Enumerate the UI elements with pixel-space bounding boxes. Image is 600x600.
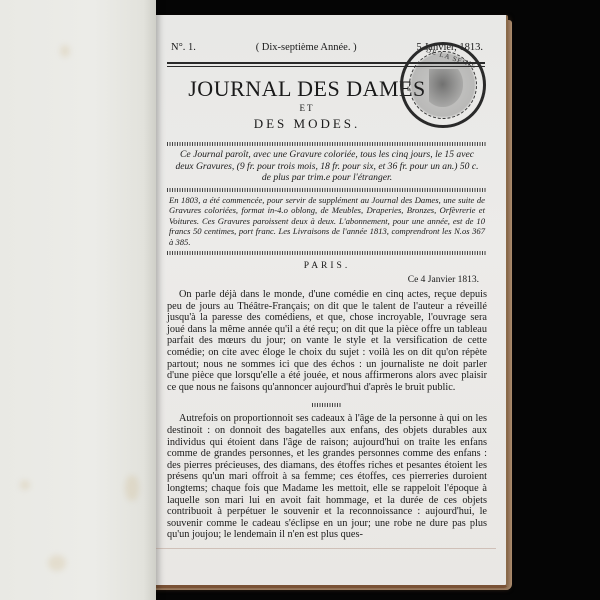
foxing-stain [20, 480, 30, 490]
fold-crease [156, 548, 496, 549]
left-blank-page [0, 0, 156, 600]
seal-stamp: DE LA SEINE [400, 42, 486, 128]
article-paragraph: On parle déjà dans le monde, d'une coméd… [167, 289, 487, 393]
article-paragraph: Autrefois on proportionnoit ses cadeaux … [167, 413, 487, 541]
foxing-stain [60, 45, 70, 57]
ornamental-rule [167, 251, 487, 255]
foxing-stain [125, 475, 139, 501]
subscription-notice: Ce Journal paroît, avec une Gravure colo… [167, 149, 487, 184]
ornamental-rule [167, 142, 487, 146]
dateline-city: PARIS. [167, 261, 487, 271]
issue-number: N°. 1. [171, 40, 196, 56]
ornamental-rule [167, 188, 487, 192]
supplement-notice: En 1803, a été commencée, pour servir de… [167, 195, 487, 248]
dateline-date: Ce 4 Janvier 1813. [167, 275, 487, 285]
section-separator [312, 403, 342, 407]
stamp-figure-icon [429, 69, 463, 107]
foxing-stain [48, 555, 66, 571]
issue-year: ( Dix-septième Année. ) [256, 40, 357, 56]
